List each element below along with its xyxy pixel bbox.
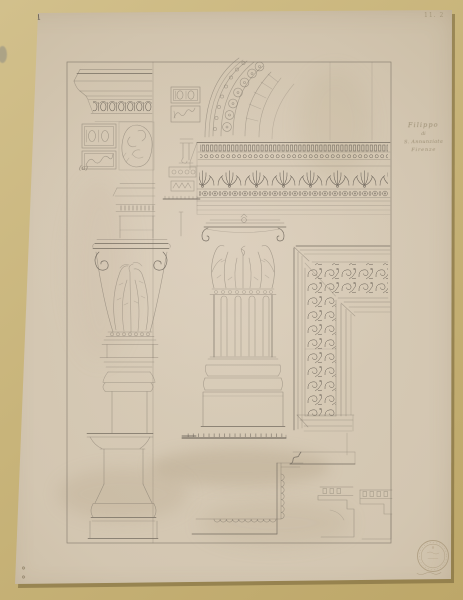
annotation-line: di — [393, 131, 454, 137]
archivolt-fragment — [205, 58, 294, 139]
scale-bar-small — [163, 196, 200, 236]
annotation-line: Firenze — [393, 146, 454, 153]
annotation-line: S. Annunziata — [393, 138, 454, 145]
cornice-study — [74, 70, 152, 122]
stamp-caption-scribble — [417, 573, 441, 575]
detail-label-a: (a) — [79, 164, 88, 172]
annotation-line: Filippo — [393, 120, 454, 129]
mount-board: 11 11. 2 (a) Filippo di S. Annunziata Fi… — [0, 0, 463, 600]
scale-ruler — [182, 433, 286, 438]
ornament-sample-panels — [82, 124, 116, 169]
binding-holes — [22, 567, 26, 587]
ornament-detail-blocks — [169, 87, 200, 191]
pedestal-profile — [87, 340, 158, 539]
architrave-profile-left — [113, 184, 155, 239]
front-capital — [202, 214, 286, 295]
foliate-medallion — [119, 122, 154, 170]
drawing-sheet: 11 11. 2 (a) Filippo di S. Annunziata Fi… — [0, 0, 463, 600]
door-frame-corner — [294, 246, 390, 431]
fluted-shaft-base — [201, 295, 285, 427]
drawing-border — [67, 62, 391, 543]
entablature — [190, 143, 390, 215]
dentil-profiles — [318, 487, 392, 539]
round-stamp — [418, 541, 449, 572]
architectural-drawing — [0, 0, 463, 600]
moulding-sections — [192, 433, 355, 534]
margin-annotation: Filippo di S. Annunziata Firenze — [393, 120, 455, 153]
side-capital — [93, 240, 171, 337]
mount-edge-mark — [0, 46, 7, 63]
